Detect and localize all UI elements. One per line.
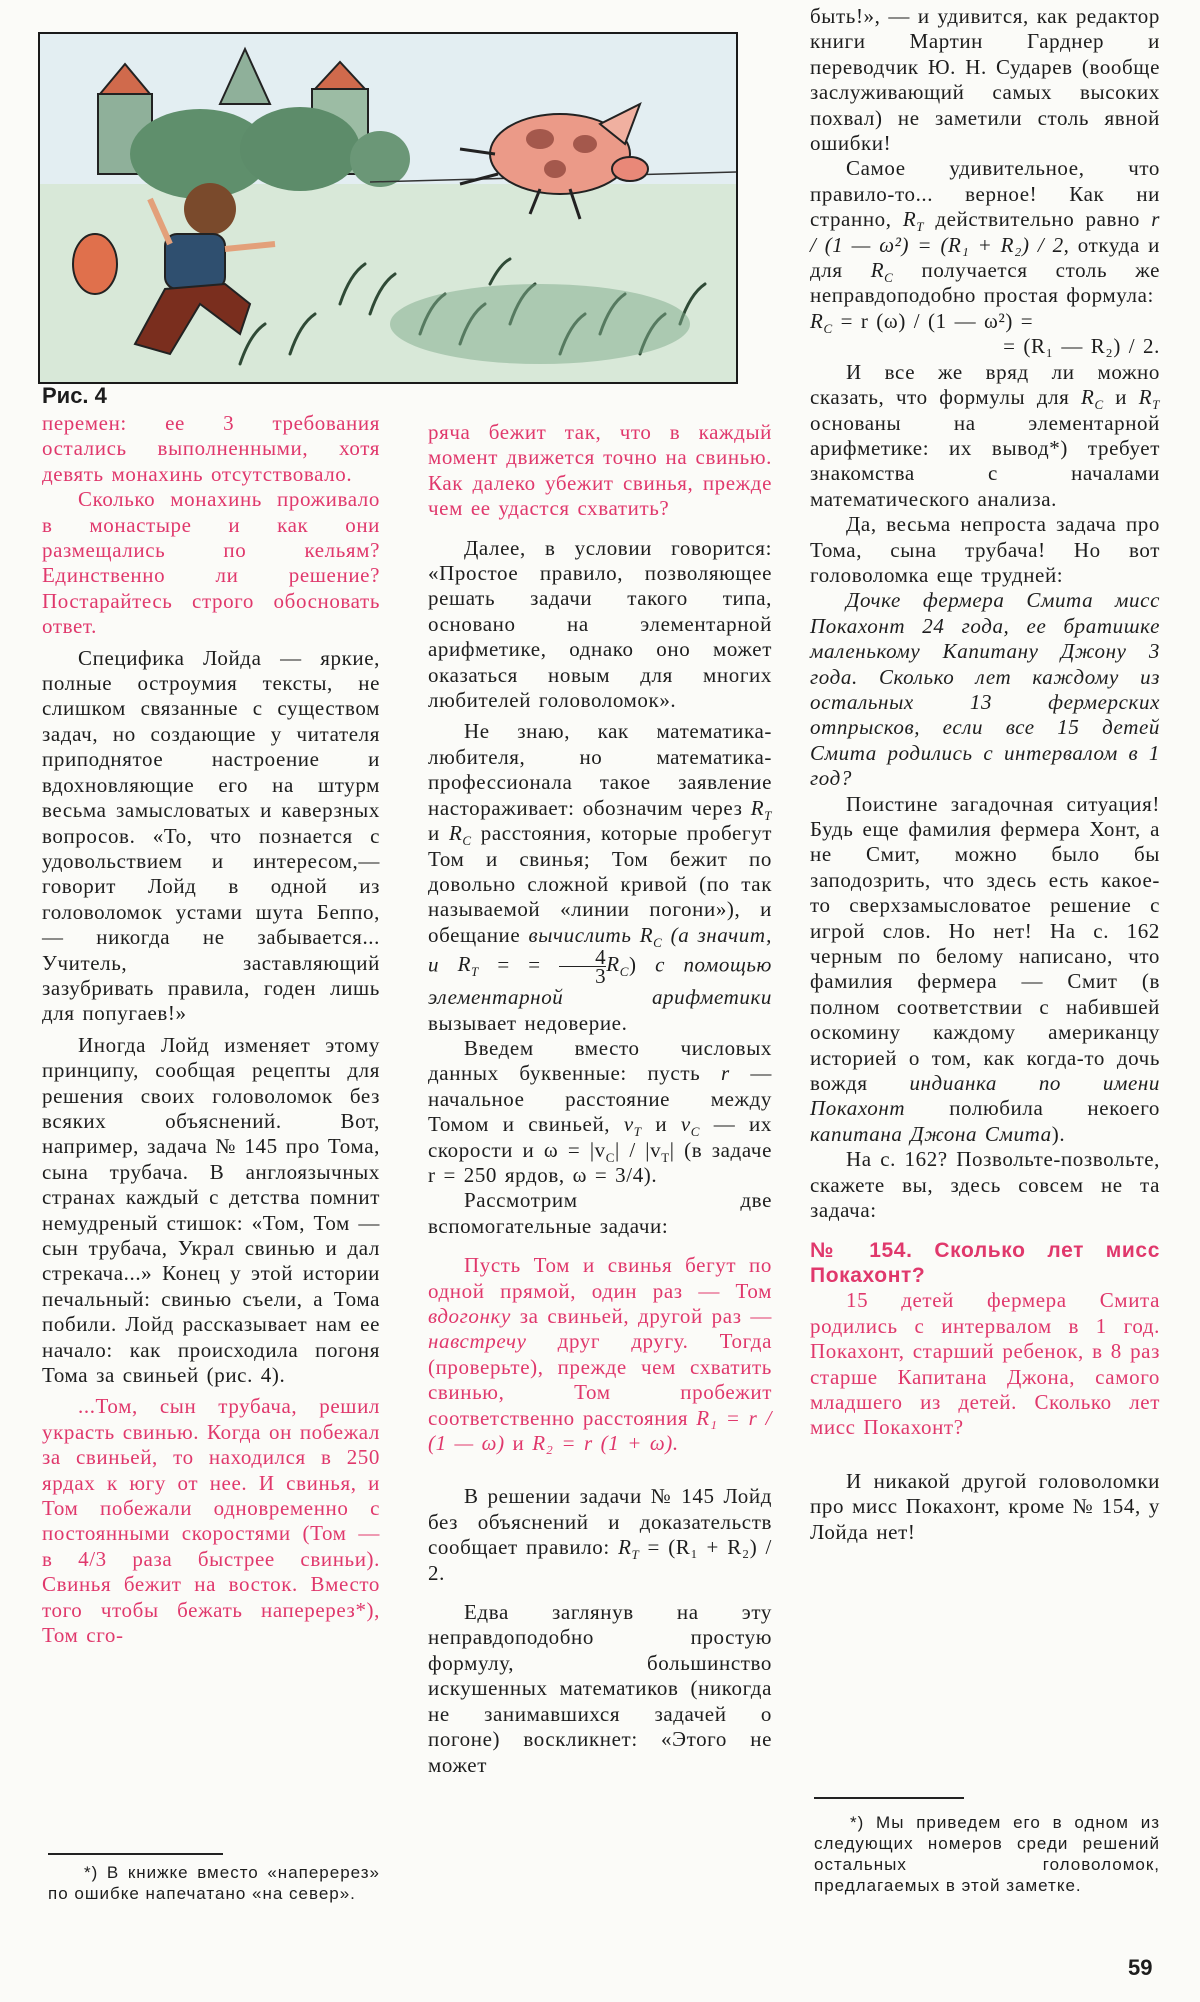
body-paragraph: Едва заглянув на эту неправдоподобно про… [428, 1600, 772, 1778]
body-paragraph: быть!», — и удивится, как редактор книги… [810, 4, 1160, 156]
puzzle-text-continued: перемен: ее 3 требования остались выполн… [42, 411, 380, 487]
body-paragraph: И никакой другой головоломки про мисс По… [810, 1469, 1160, 1545]
figure-4-illustration [38, 32, 738, 384]
body-paragraph: Далее, в условии говорится: «Простое пра… [428, 536, 772, 714]
footnote-divider [48, 1853, 223, 1855]
footnote-divider [814, 1797, 964, 1799]
puzzle-145-question: ряча бежит так, что в каждый момент движ… [428, 420, 772, 522]
auxiliary-problem: Пусть Том и свинья бегут по одной прямой… [428, 1253, 772, 1456]
footnote-right: *) Мы приведем его в одном из следующих … [814, 1812, 1160, 1896]
problem-154-heading: № 154. Сколько лет мисс Покахонт? [810, 1238, 1160, 1289]
puzzle-145-text: ...Том, сын трубача, решил украсть свинь… [42, 1394, 380, 1648]
formula-rc-continued: = (R₁ — R₂) / 2. [810, 334, 1160, 359]
body-paragraph: На с. 162? Позвольте-позвольте, скажете … [810, 1147, 1160, 1223]
pocahontas-quote: Дочке фермера Смита мисс Покахонт 24 год… [810, 588, 1160, 791]
right-column: быть!», — и удивится, как редактор книги… [810, 4, 1160, 1545]
footnote-text: *) Мы приведем его в одном из следующих … [814, 1812, 1160, 1896]
body-paragraph: И все же вряд ли можно сказать, что форм… [810, 360, 1160, 512]
body-paragraph: Да, весьма непроста задача про Тома, сын… [810, 512, 1160, 588]
fraction-4-3: 43 [559, 948, 606, 985]
left-column: перемен: ее 3 требования остались выполн… [42, 411, 380, 1649]
problem-154-text: 15 детей фермера Смита родились с интерв… [810, 1288, 1160, 1440]
body-paragraph: Самое удивительное, что правило-то... ве… [810, 156, 1160, 308]
middle-column: ряча бежит так, что в каждый момент движ… [428, 420, 772, 1778]
footnote-text: *) В книжке вместо «наперерез» по ошибке… [48, 1862, 380, 1904]
body-paragraph: Введем вместо числовых данных буквенные:… [428, 1036, 772, 1188]
tom-chasing-pig-drawing [40, 34, 736, 382]
formula-rc: RC = r (ω) / (1 — ω²) = [810, 309, 1160, 334]
body-paragraph: Не знаю, как математика-любителя, но мат… [428, 719, 772, 1035]
puzzle-question: Сколько монахинь проживало в монастыре и… [42, 487, 380, 639]
figure-caption: Рис. 4 [42, 383, 107, 409]
body-paragraph: В решении задачи № 145 Лойд без объяснен… [428, 1484, 772, 1586]
page-number: 59 [1128, 1955, 1152, 1981]
body-paragraph: Иногда Лойд изменяет этому принципу, соо… [42, 1033, 380, 1389]
footnote-left: *) В книжке вместо «наперерез» по ошибке… [48, 1862, 380, 1904]
body-paragraph: Специфика Лойда — яркие, полные остроуми… [42, 646, 380, 1027]
body-paragraph: Рассмотрим две вспомогательные задачи: [428, 1188, 772, 1239]
body-paragraph: Поистине загадочная ситуация! Будь еще ф… [810, 792, 1160, 1148]
